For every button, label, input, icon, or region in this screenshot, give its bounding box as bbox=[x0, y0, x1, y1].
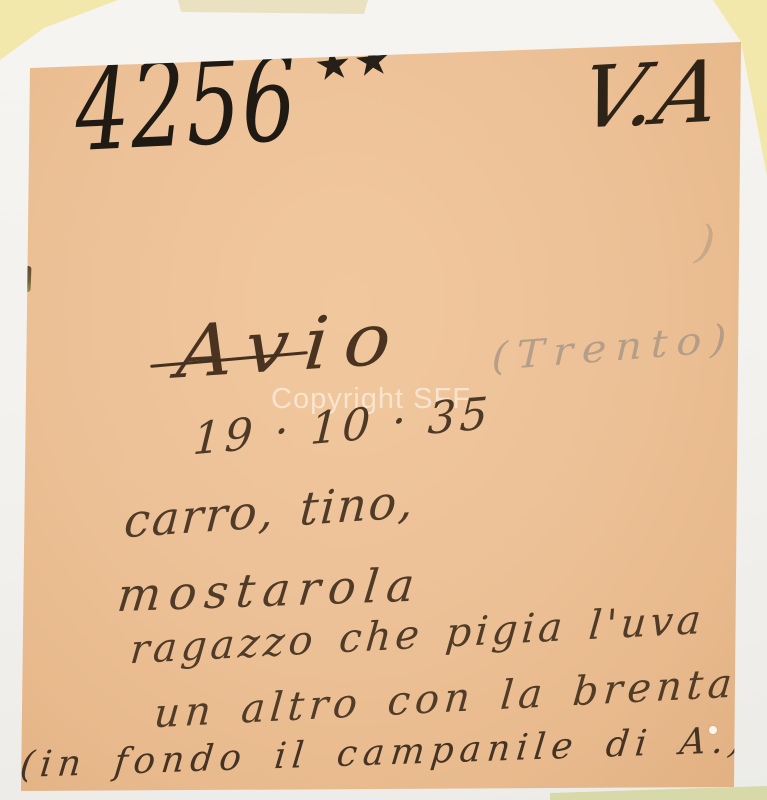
photo-of-archive-card: 4256 ★★ V.A Avio (Trento) Copyright SFF … bbox=[0, 0, 767, 800]
star-marks: ★★ bbox=[312, 38, 395, 88]
catalog-number: 4256 bbox=[74, 39, 299, 168]
collection-code: V.A bbox=[573, 49, 728, 142]
description-line: (in fondo il campanile di A.) bbox=[18, 723, 751, 785]
stray-pencil-mark: ) bbox=[694, 218, 718, 266]
description-line: mostarola bbox=[115, 561, 424, 618]
place-name: Avio bbox=[175, 301, 409, 388]
paper-fleck bbox=[709, 726, 717, 734]
description-line: carro, tino, bbox=[123, 478, 417, 545]
index-card: 4256 ★★ V.A Avio (Trento) Copyright SFF … bbox=[0, 0, 767, 800]
place-note-pencil: (Trento) bbox=[491, 319, 735, 377]
card-edge-blemish bbox=[24, 266, 32, 292]
date-handwritten: 19 · 10 · 35 bbox=[192, 392, 493, 463]
